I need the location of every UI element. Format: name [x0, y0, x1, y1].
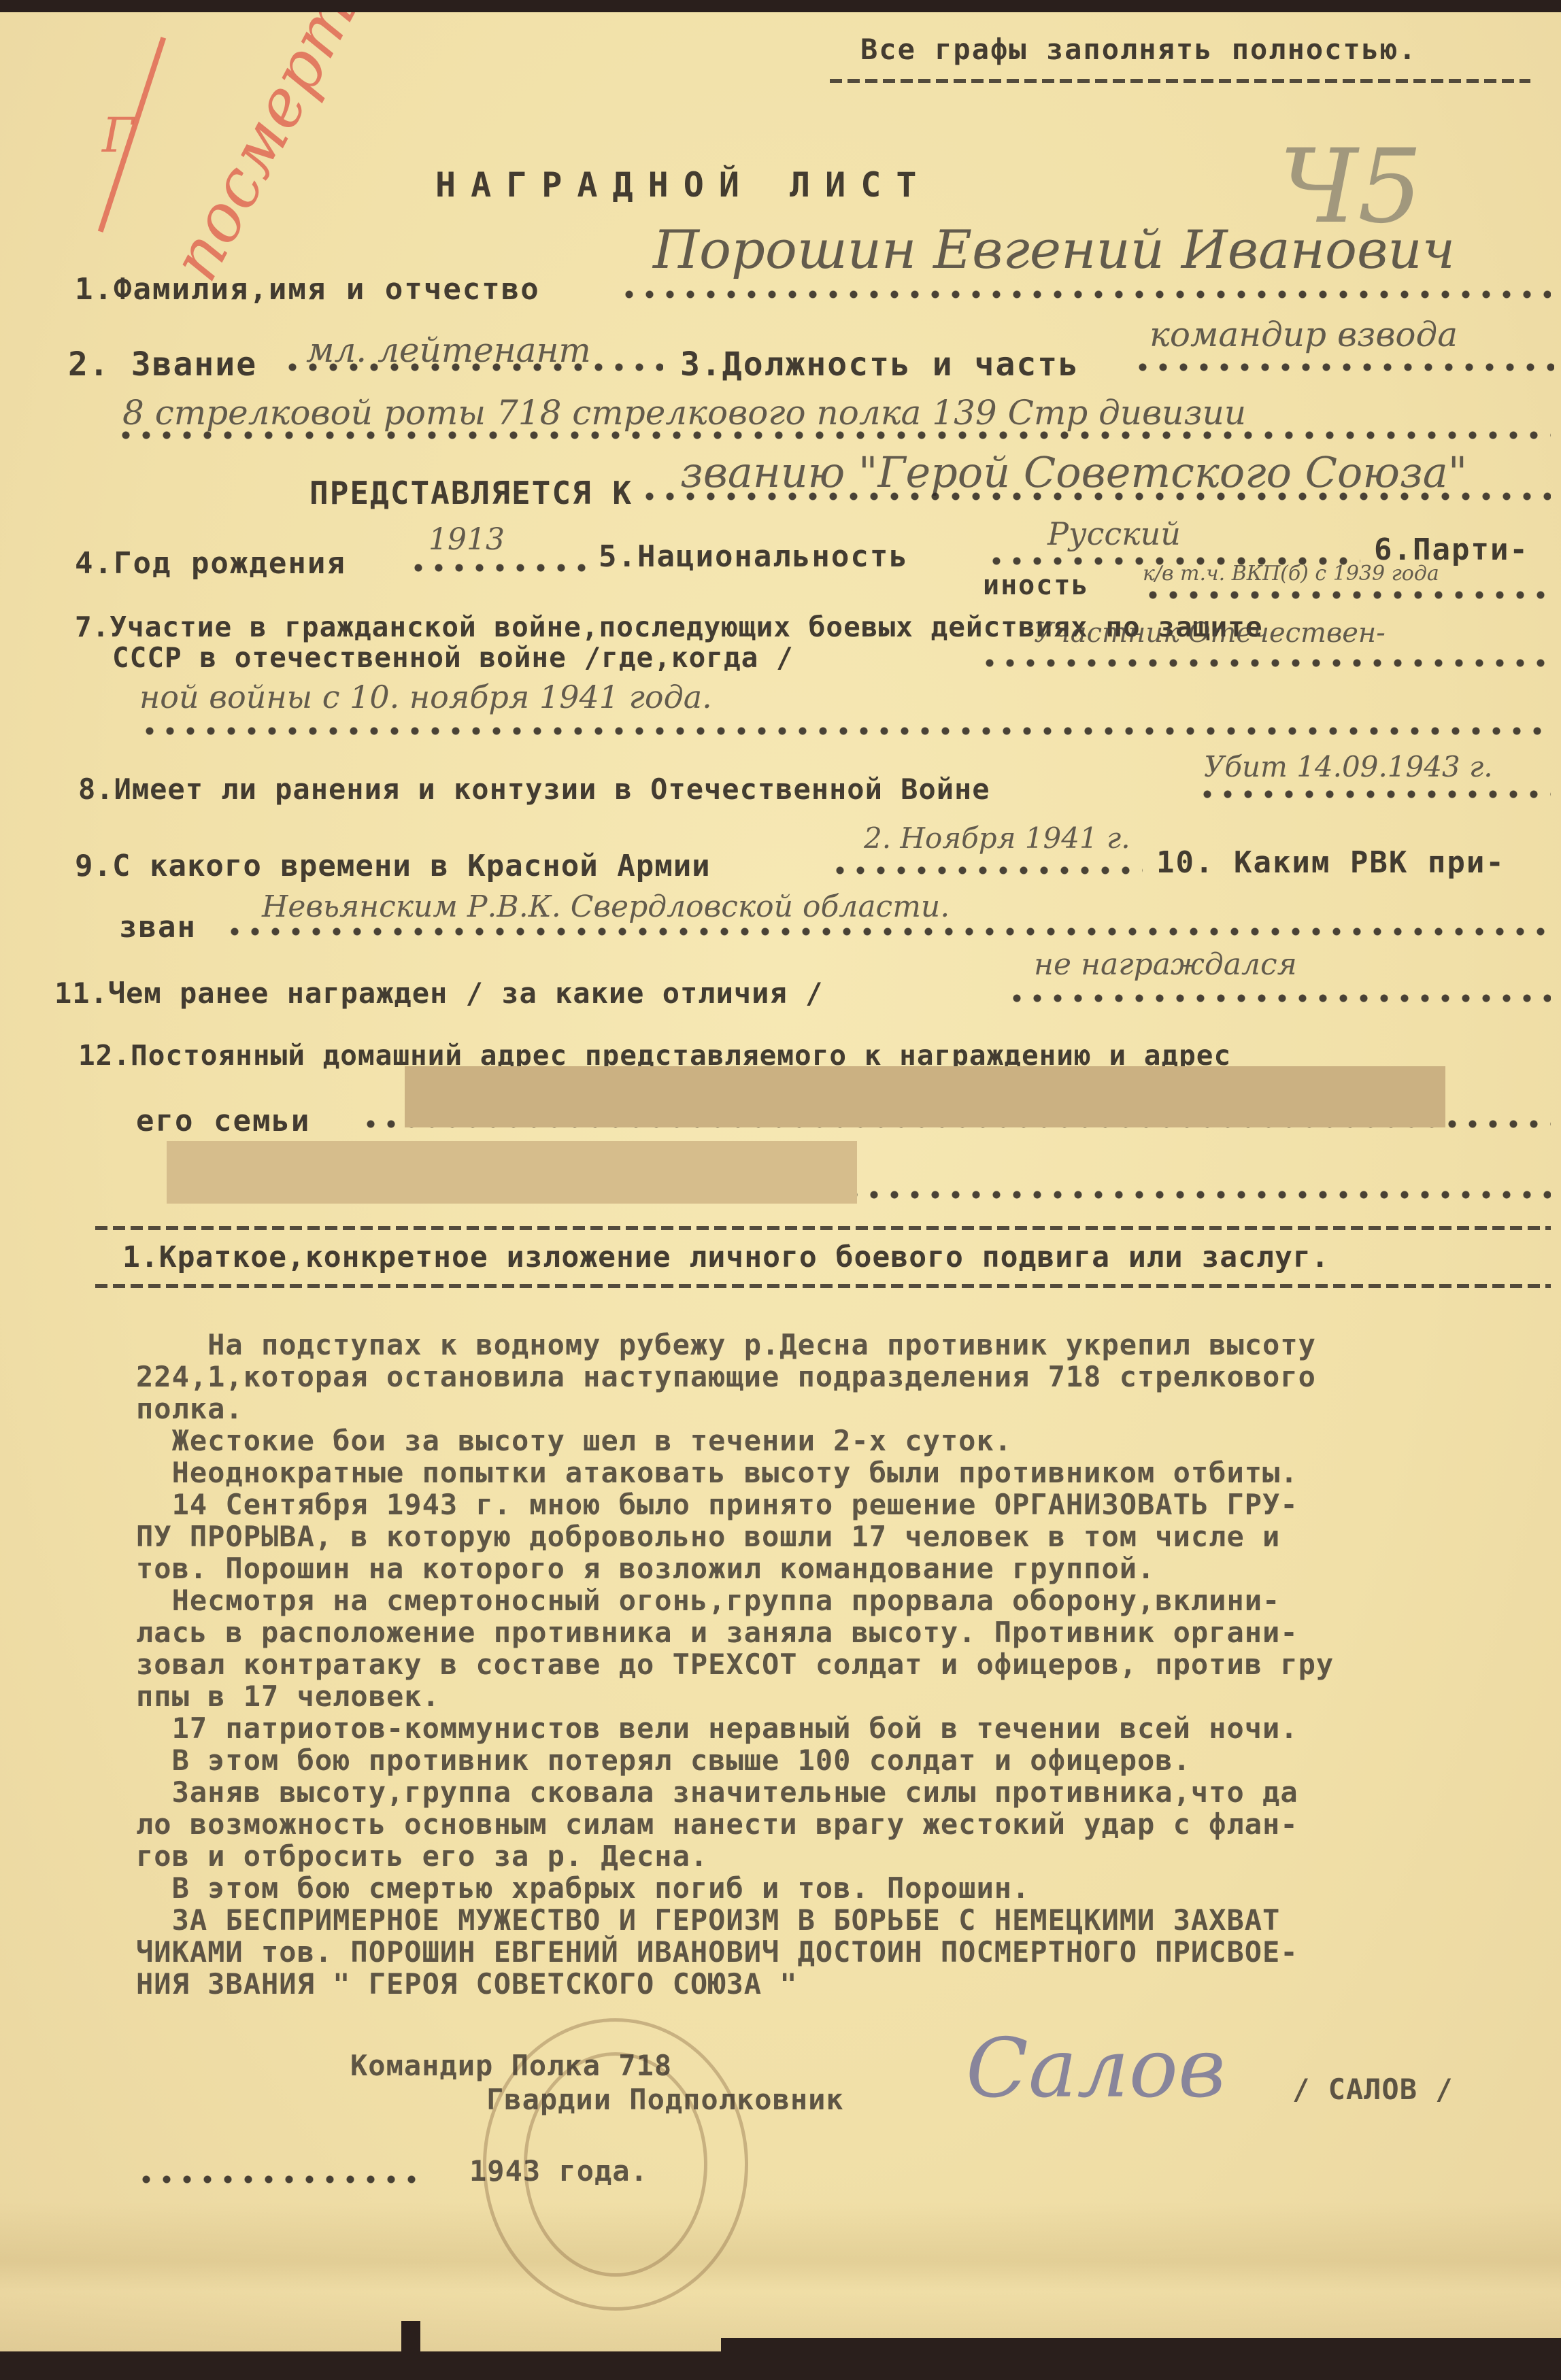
narrative-line: ПУ ПРОРЫВА, в которую добровольно вошли …: [136, 1520, 1551, 1552]
instruction-underline: [830, 79, 1530, 83]
commander-signature: Салов: [966, 2022, 1226, 2116]
field-5-value: Русский: [1047, 515, 1181, 552]
field-11-dots: [1007, 993, 1551, 1003]
document-title: НАГРАДНОЙ ЛИСТ: [435, 165, 931, 205]
narrative-line: ппы в 17 человек.: [136, 1680, 1551, 1712]
red-annotation-posthumously: посмертно: [156, 12, 410, 293]
field-1-dots: [619, 290, 1551, 299]
section-heading: 1.Краткое,конкретное изложение личного б…: [122, 1240, 1330, 1274]
narrative-line: На подступах к водному рубежу р.Десна пр…: [136, 1328, 1551, 1360]
narrative-line: Несмотря на смертоносный огонь,группа пр…: [136, 1584, 1551, 1616]
field-10-value: Невьянским Р.В.К. Свердловской области.: [262, 889, 950, 924]
field-7-dots: [979, 658, 1551, 668]
field-9-dots: [830, 866, 1143, 875]
field-9-value: 2. Ноября 1941 г.: [864, 821, 1130, 855]
field-4-value: 1913: [429, 522, 505, 557]
commander-title-line2: Гвардии Подполковник: [486, 2083, 844, 2116]
field-11-value: не награждался: [1034, 947, 1297, 982]
field-7-cont-dots: [139, 726, 1551, 736]
field-10-label-continued: зван: [119, 910, 197, 945]
field-7-value: Участник Отечествен-: [1034, 617, 1386, 649]
field-8-value: Убит 14.09.1943 г.: [1204, 750, 1493, 783]
narrative-line: Жестокие бои за высоту шел в течении 2-х…: [136, 1424, 1551, 1456]
field-6-label-part2: иность: [983, 570, 1090, 601]
award-sheet-document: Г посмертно Ч5 Все графы заполнять полно…: [0, 12, 1561, 2351]
section-divider-top: [95, 1226, 1551, 1230]
field-12-label-line2: его семьи: [136, 1104, 310, 1138]
document-date: 1943 года.: [469, 2154, 648, 2188]
field-3-dots: [1132, 362, 1554, 372]
field-1-value: Порошин Евгений Иванович: [653, 220, 1455, 281]
narrative-line: В этом бою противник потерял свыше 100 с…: [136, 1744, 1551, 1775]
field-3-label: 3.Должность и часть: [680, 345, 1079, 384]
narrative-line: 224,1,которая остановила наступающие под…: [136, 1360, 1551, 1392]
narrative-line: Заняв высоту,группа сковала значительные…: [136, 1775, 1551, 1807]
field-8-label: 8.Имеет ли ранения и контузии в Отечеств…: [78, 772, 990, 806]
narrative-line: НИЯ ЗВАНИЯ " ГЕРОЯ СОВЕТСКОГО СОЮЗА ": [136, 1967, 1551, 1999]
field-4-dots: [408, 563, 592, 573]
narrative-line: ЗА БЕСПРИМЕРНОЕ МУЖЕСТВО И ГЕРОИЗМ В БОР…: [136, 1903, 1551, 1935]
narrative-line: тов. Порошин на которого я возложил кома…: [136, 1552, 1551, 1584]
instruction-text: Все графы заполнять полностью.: [860, 33, 1417, 66]
presented-dots: [639, 492, 1551, 501]
narrative-line: зовал контратаку в составе до ТРЕХСОТ со…: [136, 1648, 1551, 1680]
field-6-value: к/в т.ч. ВКП(б) с 1939 года: [1143, 562, 1439, 585]
field-7-label-line2: СССР в отечественной войне /где,когда /: [112, 641, 794, 674]
presented-value: званию "Герой Советского Союза": [680, 447, 1467, 497]
commander-printed-name: / САЛОВ /: [1292, 2073, 1454, 2106]
narrative-line: полка.: [136, 1392, 1551, 1424]
section-divider-bottom: [95, 1284, 1551, 1288]
field-4-label: 4.Год рождения: [75, 546, 346, 581]
narrative-line: гов и отбросить его за р. Десна.: [136, 1839, 1551, 1871]
narrative-line: ЧИКАМИ тов. ПОРОШИН ЕВГЕНИЙ ИВАНОВИЧ ДОС…: [136, 1935, 1551, 1967]
field-10-label: 10. Каким РВК при-: [1156, 845, 1505, 880]
redacted-address-line1: [405, 1066, 1445, 1127]
narrative-line: ло возможность основным силам нанести вр…: [136, 1807, 1551, 1839]
narrative-line: 17 патриотов-коммунистов вели неравный б…: [136, 1712, 1551, 1744]
narrative-line: лась в расположение противника и заняла …: [136, 1616, 1551, 1648]
narrative-line: Неоднократные попытки атаковать высоту б…: [136, 1456, 1551, 1488]
torn-edge: [721, 2338, 1561, 2351]
commander-title-line1: Командир Полка 718: [350, 2049, 672, 2082]
field-2-dots: [282, 362, 663, 372]
field-6-dots: [1143, 590, 1551, 600]
field-2-label: 2. Звание: [68, 345, 257, 384]
narrative-line: В этом бою смертью храбрых погиб и тов. …: [136, 1871, 1551, 1903]
narrative-text: На подступах к водному рубежу р.Десна пр…: [136, 1328, 1551, 1999]
field-10-dots: [224, 927, 1551, 936]
field-3-value: командир взвода: [1149, 315, 1458, 354]
field-5-label: 5.Национальность: [599, 539, 909, 574]
field-3-value-continued: 8 стрелковой роты 718 стрелкового полка …: [122, 393, 1246, 432]
narrative-line: 14 Сентября 1943 г. мною было принято ре…: [136, 1488, 1551, 1520]
torn-edge: [401, 2321, 420, 2351]
red-annotation-letter: Г: [102, 107, 133, 163]
redacted-address-line2: [167, 1141, 857, 1204]
field-1-label: 1.Фамилия,имя и отчество: [75, 272, 540, 307]
field-11-label: 11.Чем ранее награжден / за какие отличи…: [54, 976, 823, 1010]
field-9-label: 9.С какого времени в Красной Армии: [75, 849, 711, 883]
field-8-dots: [1197, 789, 1551, 799]
date-dots: [136, 2175, 422, 2184]
field-7-value-continued: ной войны с 10. ноября 1941 года.: [139, 679, 712, 715]
field-3-cont-dots: [116, 430, 1551, 440]
presented-label: ПРЕДСТАВЛЯЕТСЯ К: [309, 475, 633, 511]
